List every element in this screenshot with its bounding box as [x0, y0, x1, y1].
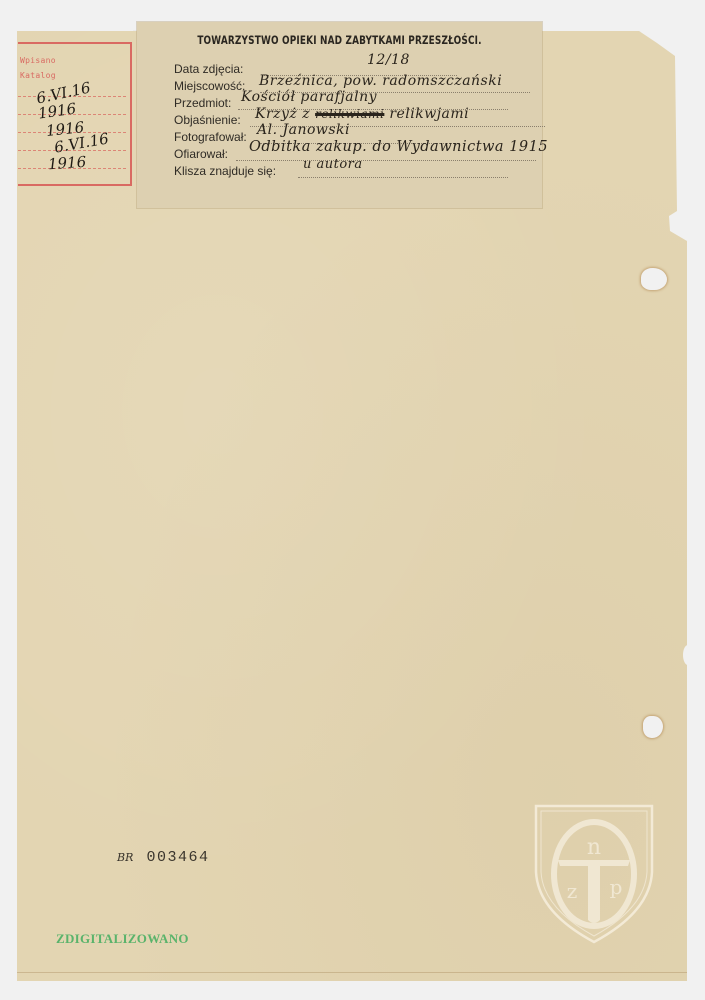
society-emblem-icon: n z p	[532, 802, 656, 946]
svg-text:n: n	[587, 835, 601, 860]
inventory-digits: 003464	[146, 849, 209, 866]
donor-value: Odbitka zakup. do Wydawnictwa 1915	[249, 139, 548, 155]
digitized-stamp: ZDIGITALIZOWANO	[56, 931, 189, 947]
bottom-fold-line	[17, 972, 687, 973]
stamp-header-2: Katalog	[20, 71, 56, 80]
inventory-number: BR 003464	[117, 846, 209, 866]
tear-hole-right-upper	[641, 268, 667, 290]
edge-notch-right-upper	[682, 205, 692, 223]
society-label-card: TOWARZYSTWO OPIEKI NAD ZABYTKAMI PRZESZŁ…	[137, 22, 542, 208]
stamp-entry: 1916	[47, 153, 86, 174]
photographer-value: Al. Janowski	[257, 122, 350, 138]
description-value: Krzyż z relikwiami relikwjami	[255, 106, 469, 122]
stamp-header-1: Wpisano	[20, 56, 56, 65]
label-title: TOWARZYSTWO OPIEKI NAD ZABYTKAMI PRZESZŁ…	[165, 33, 513, 47]
field-label: Objaśnienie:	[174, 113, 241, 127]
field-label: Data zdjęcia:	[174, 62, 243, 76]
inventory-prefix: BR	[117, 851, 133, 864]
dotted-line	[236, 160, 536, 161]
negative-location-value: u autora	[303, 157, 363, 172]
registry-stamp: Wpisano Katalog 6.VI.16 1916 1916 6.VI.1…	[18, 42, 132, 186]
subject-value: Kościół parafjalny	[241, 89, 377, 105]
field-label: Fotografował:	[174, 130, 247, 144]
location-value: Brzeźnica, pow. radomszczański	[259, 73, 502, 89]
svg-text:p: p	[610, 875, 623, 899]
field-label: Ofiarował:	[174, 147, 228, 161]
dotted-line	[298, 177, 508, 178]
field-label: Miejscowość:	[174, 79, 245, 93]
description-prefix: Krzyż z	[255, 106, 310, 122]
photo-date-value: 12/18	[367, 52, 410, 68]
description-word: relikwjami	[389, 106, 469, 122]
field-label: Klisza znajduje się:	[174, 164, 276, 178]
struck-out-word: relikwiami	[315, 107, 384, 121]
svg-text:z: z	[567, 879, 578, 903]
edge-notch-right-lower	[683, 645, 693, 665]
field-label: Przedmiot:	[174, 96, 231, 110]
